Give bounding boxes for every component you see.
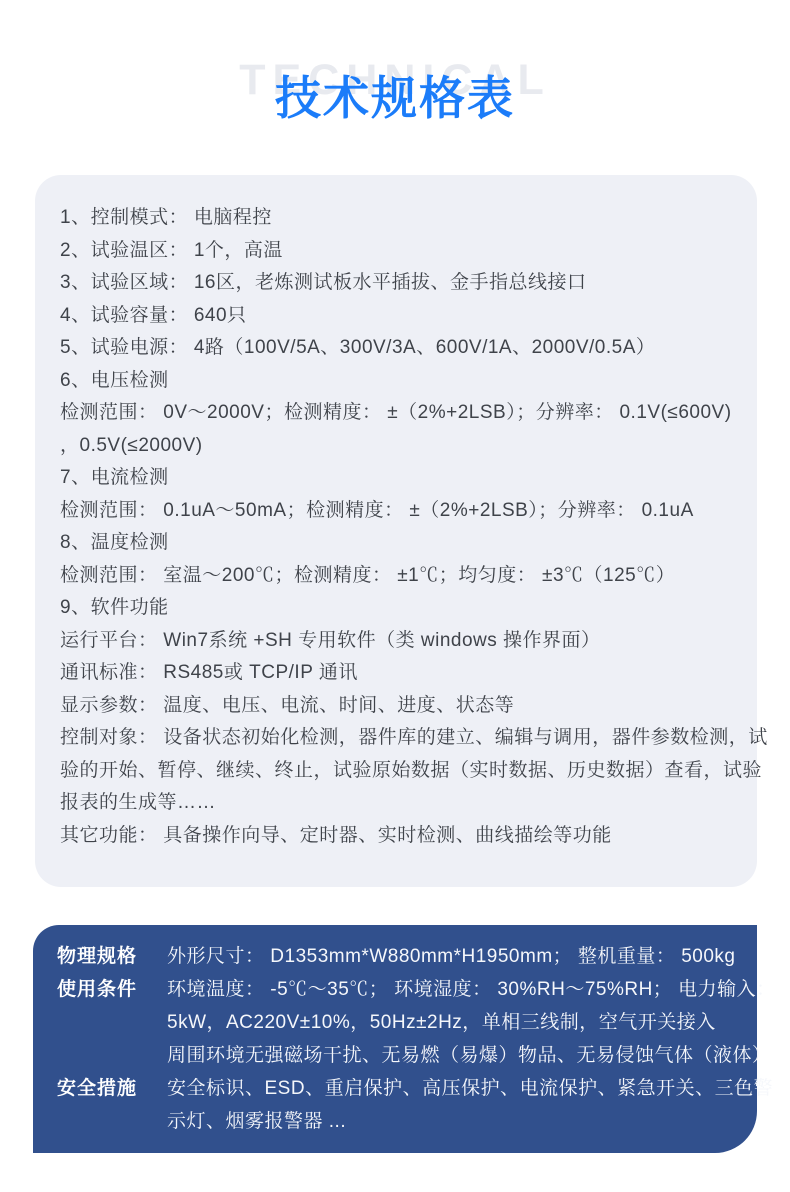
spec-line: 显示参数： 温度、电压、电流、时间、进度、状态等 — [60, 690, 727, 723]
page-title: 技术规格表 — [0, 72, 790, 125]
spec-line: 3、试验区域： 16区，老炼测试板水平插拔、金手指总线接口 — [60, 267, 727, 300]
spec-line: 5、试验电源： 4路（100V/5A、300V/3A、600V/1A、2000V… — [60, 332, 727, 365]
info-row: 物理规格外形尺寸： D1353mm*W880mm*H1950mm； 整机重量： … — [57, 940, 757, 973]
info-value-line: 环境温度： -5℃～35℃； 环境湿度： 30%RH～75%RH； 电力输入： — [167, 973, 776, 1006]
info-panel: 物理规格外形尺寸： D1353mm*W880mm*H1950mm； 整机重量： … — [33, 925, 757, 1153]
spec-line: 7、电流检测 — [60, 462, 727, 495]
spec-line: 1、控制模式： 电脑程控 — [60, 202, 727, 235]
spec-line: 其它功能： 具备操作向导、定时器、实时检测、曲线描绘等功能 — [60, 820, 727, 853]
spec-line: 9、软件功能 — [60, 592, 727, 625]
info-row-label: 使用条件 — [57, 973, 145, 1006]
info-panel-rows: 物理规格外形尺寸： D1353mm*W880mm*H1950mm； 整机重量： … — [57, 940, 757, 1138]
spec-line: 运行平台： Win7系统 +SH 专用软件（类 windows 操作界面） — [60, 625, 727, 658]
info-row-value: 环境温度： -5℃～35℃； 环境湿度： 30%RH～75%RH； 电力输入：5… — [167, 973, 776, 1072]
spec-line: 检测范围： 0V～2000V；检测精度： ±（2%+2LSB）；分辨率： 0.1… — [60, 397, 727, 430]
info-row-value: 外形尺寸： D1353mm*W880mm*H1950mm； 整机重量： 500k… — [167, 940, 757, 973]
spec-line: ，0.5V(≤2000V) — [60, 430, 727, 463]
info-value-line: 示灯、烟雾报警器 ... — [167, 1105, 773, 1138]
spec-card: 1、控制模式： 电脑程控2、试验温区： 1个，高温3、试验区域： 16区，老炼测… — [35, 175, 757, 887]
spec-line: 检测范围： 0.1uA～50mA；检测精度： ±（2%+2LSB）；分辨率： 0… — [60, 495, 727, 528]
info-value-line: 外形尺寸： D1353mm*W880mm*H1950mm； 整机重量： 500k… — [167, 940, 757, 973]
spec-line: 8、温度检测 — [60, 527, 727, 560]
spec-line: 通讯标准： RS485或 TCP/IP 通讯 — [60, 657, 727, 690]
spec-line: 报表的生成等…… — [60, 787, 727, 820]
info-row: 安全措施安全标识、ESD、重启保护、高压保护、电流保护、紧急开关、三色警示灯、烟… — [57, 1072, 757, 1138]
spec-line: 检测范围： 室温～200℃；检测精度： ±1℃；均匀度： ±3℃（125℃） — [60, 560, 727, 593]
spec-line: 控制对象： 设备状态初始化检测，器件库的建立、编辑与调用，器件参数检测，试 — [60, 722, 727, 755]
info-row-value: 安全标识、ESD、重启保护、高压保护、电流保护、紧急开关、三色警示灯、烟雾报警器… — [167, 1072, 773, 1138]
info-value-line: 5kW，AC220V±10%，50Hz±2Hz，单相三线制，空气开关接入 — [167, 1006, 776, 1039]
spec-line: 验的开始、暂停、继续、终止，试验原始数据（实时数据、历史数据）查看，试验 — [60, 755, 727, 788]
info-value-line: 周围环境无强磁场干扰、无易燃（易爆）物品、无易侵蚀气体（液体） — [167, 1039, 776, 1072]
spec-line: 4、试验容量： 640只 — [60, 300, 727, 333]
info-row: 使用条件环境温度： -5℃～35℃； 环境湿度： 30%RH～75%RH； 电力… — [57, 973, 757, 1072]
spec-page: TECHNICAL 技术规格表 1、控制模式： 电脑程控2、试验温区： 1个，高… — [0, 0, 790, 1192]
spec-line: 6、电压检测 — [60, 365, 727, 398]
info-value-line: 安全标识、ESD、重启保护、高压保护、电流保护、紧急开关、三色警 — [167, 1072, 773, 1105]
page-header: TECHNICAL 技术规格表 — [0, 0, 790, 175]
spec-line: 2、试验温区： 1个，高温 — [60, 235, 727, 268]
info-row-label: 安全措施 — [57, 1072, 145, 1105]
info-row-label: 物理规格 — [57, 940, 145, 973]
